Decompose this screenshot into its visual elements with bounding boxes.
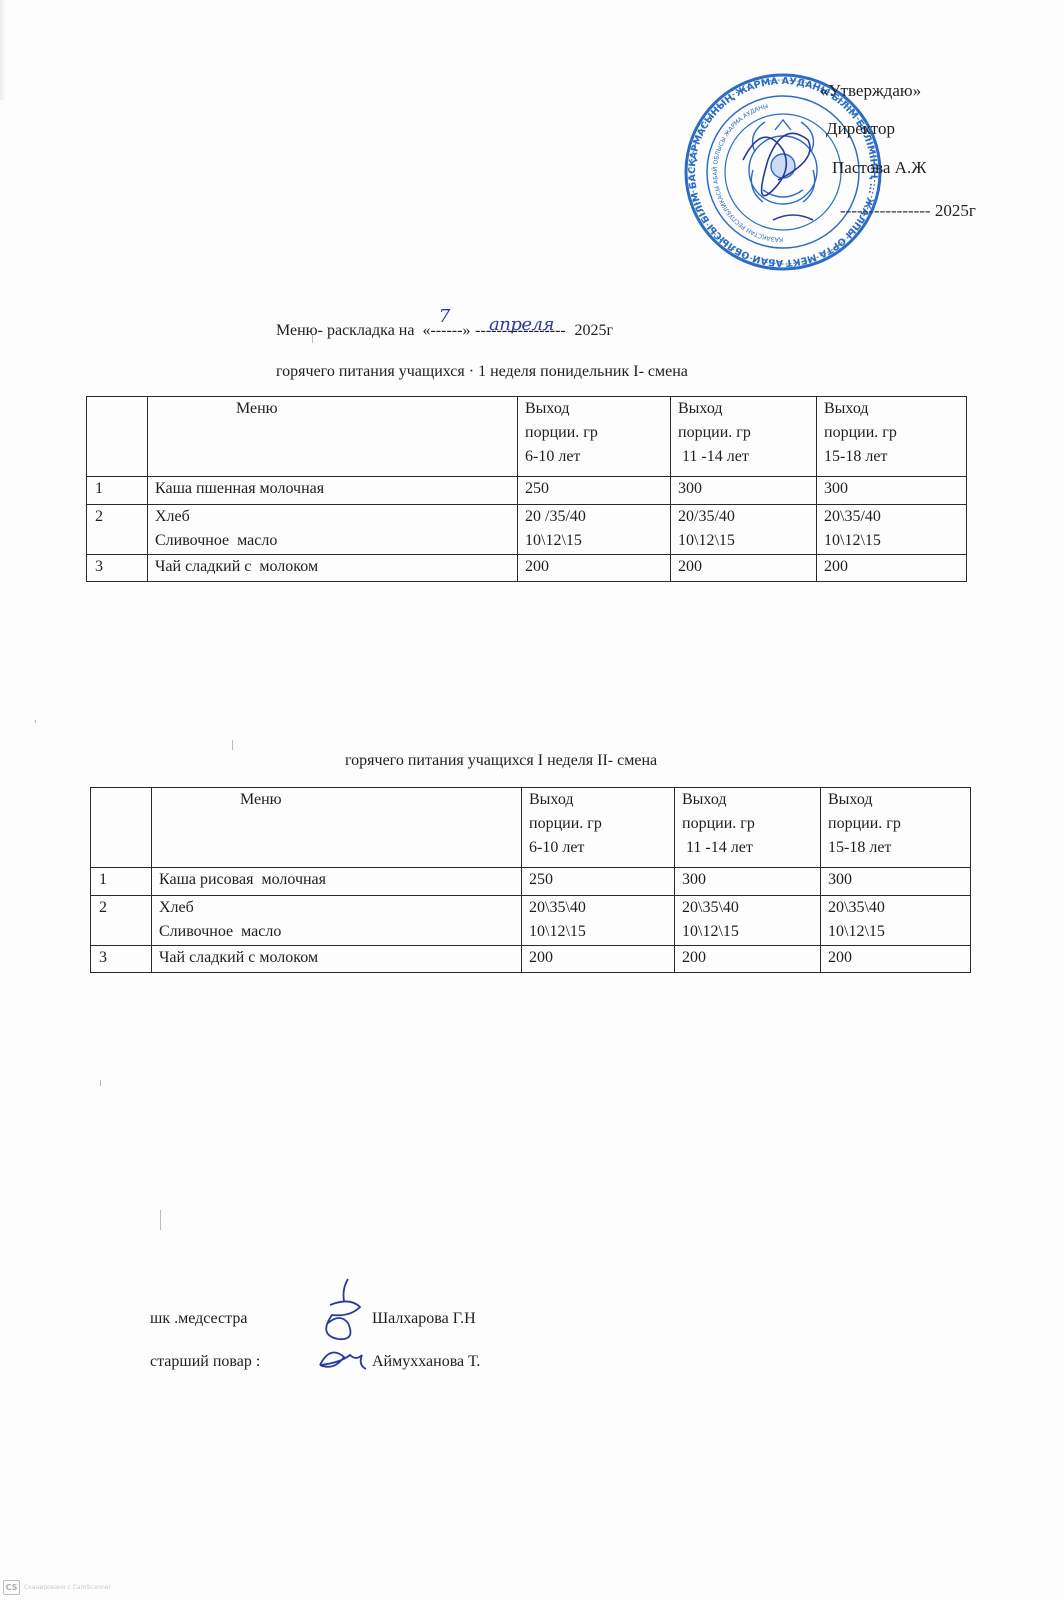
- signature-role-cook: старший повар :: [150, 1353, 260, 1371]
- portion-6-10: 200: [522, 946, 675, 973]
- column-header-age-15-18: Выход порции. гр 15-18 лет: [817, 397, 967, 477]
- portion-15-18: 300: [817, 477, 967, 505]
- handwritten-month: апреля: [472, 314, 570, 335]
- menu-item: Хлеб Сливочное масло: [152, 896, 522, 946]
- portion-6-10: 250: [522, 868, 675, 896]
- scan-edge-shadow: [0, 0, 6, 100]
- column-header-number: [91, 788, 152, 868]
- portion-15-18: 200: [817, 555, 967, 582]
- date-month: ----------------- апреля: [470, 322, 570, 340]
- approval-director-name: Пастова А.Ж: [832, 149, 926, 187]
- table-row: 1 Каша рисовая молочная 250 300 300: [91, 868, 971, 896]
- portion-6-10: 20\35\40 10\12\15: [522, 896, 675, 946]
- table-row: 1 Каша пшенная молочная 250 300 300: [87, 477, 967, 505]
- scan-speck: [35, 720, 36, 723]
- table-header-row: Меню Выход порции. гр 6-10 лет Выход пор…: [87, 397, 967, 477]
- table-header-row: Меню Выход порции. гр 6-10 лет Выход пор…: [91, 788, 971, 868]
- approval-position: Директор: [826, 110, 895, 148]
- approval-heading: «Утверждаю»: [820, 72, 921, 110]
- portion-6-10: 250: [518, 477, 671, 505]
- scan-speck: [160, 1210, 161, 1230]
- portion-15-18: 20\35/40 10\12\15: [817, 505, 967, 555]
- table-row: 2 Хлеб Сливочное масло 20 /35/40 10\12\1…: [87, 505, 967, 555]
- document-page: АБАЙ ОБЛЫСЫ БІЛІМ БАСҚАРМАСЫНЫҢ ЖАРМА АУ…: [0, 0, 1064, 1600]
- scanner-watermark: CS Сканировано с CamScanner: [3, 1580, 111, 1595]
- portion-6-10: 20 /35/40 10\12\15: [518, 505, 671, 555]
- scan-speck: [100, 1080, 101, 1086]
- menu-item: Каша пшенная молочная: [148, 477, 518, 505]
- column-header-age-6-10: Выход порции. гр 6-10 лет: [522, 788, 675, 868]
- portion-11-14: 300: [671, 477, 817, 505]
- date-year: 2025г: [574, 322, 613, 339]
- handwritten-signature-icon: [300, 1275, 380, 1385]
- row-number: 3: [87, 555, 148, 582]
- table-row: 3 Чай сладкий с молоком 200 200 200: [87, 555, 967, 582]
- document-title: Меню- раскладка на «------» 7 ----------…: [276, 322, 613, 340]
- menu-table-shift-2: Меню Выход порции. гр 6-10 лет Выход пор…: [90, 787, 971, 973]
- scan-speck: [312, 335, 313, 343]
- row-number: 2: [91, 896, 152, 946]
- portion-11-14: 200: [675, 946, 821, 973]
- portion-15-18: 200: [821, 946, 971, 973]
- table-row: 3 Чай сладкий с молоком 200 200 200: [91, 946, 971, 973]
- column-header-age-15-18: Выход порции. гр 15-18 лет: [821, 788, 971, 868]
- shift1-subtitle: горячего питания учащихся · 1 неделя пон…: [276, 363, 688, 381]
- column-header-age-11-14: Выход порции. гр 11 -14 лет: [675, 788, 821, 868]
- camscanner-logo-icon: CS: [3, 1580, 20, 1595]
- portion-6-10: 200: [518, 555, 671, 582]
- menu-item: Чай сладкий с молоком: [148, 555, 518, 582]
- row-number: 1: [91, 868, 152, 896]
- portion-11-14: 20/35/40 10\12\15: [671, 505, 817, 555]
- column-header-age-11-14: Выход порции. гр 11 -14 лет: [671, 397, 817, 477]
- menu-item: Каша рисовая молочная: [152, 868, 522, 896]
- scan-speck: [232, 740, 233, 750]
- menu-table-shift-1: Меню Выход порции. гр 6-10 лет Выход пор…: [86, 396, 967, 582]
- column-header-age-6-10: Выход порции. гр 6-10 лет: [518, 397, 671, 477]
- portion-15-18: 20\35\40 10\12\15: [821, 896, 971, 946]
- portion-11-14: 200: [671, 555, 817, 582]
- approval-date: ---------------- 2025г: [840, 192, 976, 230]
- date-day: «------» 7: [422, 322, 466, 340]
- signature-role-nurse: шк .медсестра: [150, 1310, 247, 1328]
- column-header-number: [87, 397, 148, 477]
- row-number: 3: [91, 946, 152, 973]
- row-number: 1: [87, 477, 148, 505]
- portion-15-18: 300: [821, 868, 971, 896]
- signature-name-nurse: Шалхарова Г.Н: [372, 1310, 476, 1328]
- portion-11-14: 300: [675, 868, 821, 896]
- column-header-menu: Меню: [148, 397, 518, 477]
- watermark-text: Сканировано с CamScanner: [24, 1584, 111, 1591]
- handwritten-day: 7: [422, 306, 466, 327]
- table-row: 2 Хлеб Сливочное масло 20\35\40 10\12\15…: [91, 896, 971, 946]
- signature-name-cook: Аймухханова Т.: [372, 1353, 480, 1371]
- menu-item: Хлеб Сливочное масло: [148, 505, 518, 555]
- portion-11-14: 20\35\40 10\12\15: [675, 896, 821, 946]
- row-number: 2: [87, 505, 148, 555]
- menu-item: Чай сладкий с молоком: [152, 946, 522, 973]
- column-header-menu: Меню: [152, 788, 522, 868]
- shift2-subtitle: горячего питания учащихся I неделя II- с…: [345, 752, 657, 770]
